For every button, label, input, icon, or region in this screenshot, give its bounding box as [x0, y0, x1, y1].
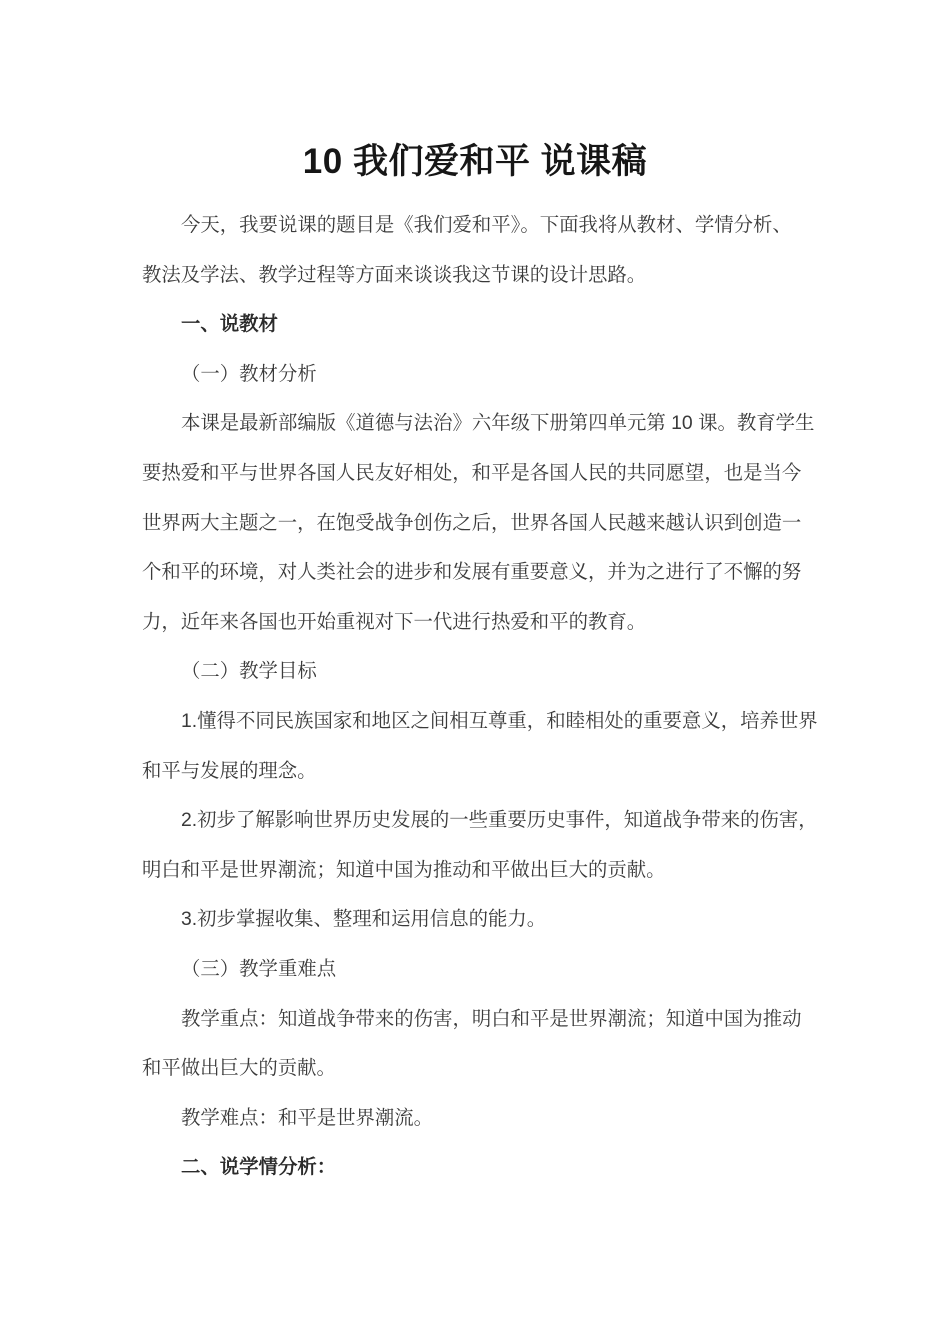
text-line: 1.懂得不同民族国家和地区之间相互尊重，和睦相处的重要意义，培养世界	[142, 697, 812, 747]
text-line: （二）教学目标	[142, 647, 812, 697]
text-line: 和平与发展的理念。	[142, 747, 812, 797]
text-line: 和平做出巨大的贡献。	[142, 1044, 812, 1094]
section-heading-line: 二、说学情分析：	[142, 1143, 812, 1193]
text-line: （一）教材分析	[142, 350, 812, 400]
text-line: 教法及学法、教学过程等方面来谈谈我这节课的设计思路。	[142, 251, 812, 301]
text-line: 要热爱和平与世界各国人民友好相处，和平是各国人民的共同愿望，也是当今	[142, 449, 812, 499]
document-page: 10 我们爱和平 说课稿 今天，我要说课的题目是《我们爱和平》。下面我将从教材、…	[0, 0, 950, 1344]
document-body: 今天，我要说课的题目是《我们爱和平》。下面我将从教材、学情分析、教法及学法、教学…	[142, 201, 812, 1193]
text-line: 明白和平是世界潮流；知道中国为推动和平做出巨大的贡献。	[142, 846, 812, 896]
text-line: 教学难点：和平是世界潮流。	[142, 1094, 812, 1144]
text-line: （三）教学重难点	[142, 945, 812, 995]
text-line: 力，近年来各国也开始重视对下一代进行热爱和平的教育。	[142, 598, 812, 648]
text-line: 世界两大主题之一，在饱受战争创伤之后，世界各国人民越来越认识到创造一	[142, 499, 812, 549]
section-heading-line: 一、说教材	[142, 300, 812, 350]
text-line: 3.初步掌握收集、整理和运用信息的能力。	[142, 895, 812, 945]
text-line: 今天，我要说课的题目是《我们爱和平》。下面我将从教材、学情分析、	[142, 201, 812, 251]
text-line: 教学重点：知道战争带来的伤害，明白和平是世界潮流；知道中国为推动	[142, 995, 812, 1045]
text-line: 本课是最新部编版《道德与法治》六年级下册第四单元第 10 课。教育学生	[142, 399, 812, 449]
text-line: 个和平的环境，对人类社会的进步和发展有重要意义，并为之进行了不懈的努	[142, 548, 812, 598]
text-line: 2.初步了解影响世界历史发展的一些重要历史事件，知道战争带来的伤害，	[142, 796, 812, 846]
document-title: 10 我们爱和平 说课稿	[0, 140, 950, 184]
